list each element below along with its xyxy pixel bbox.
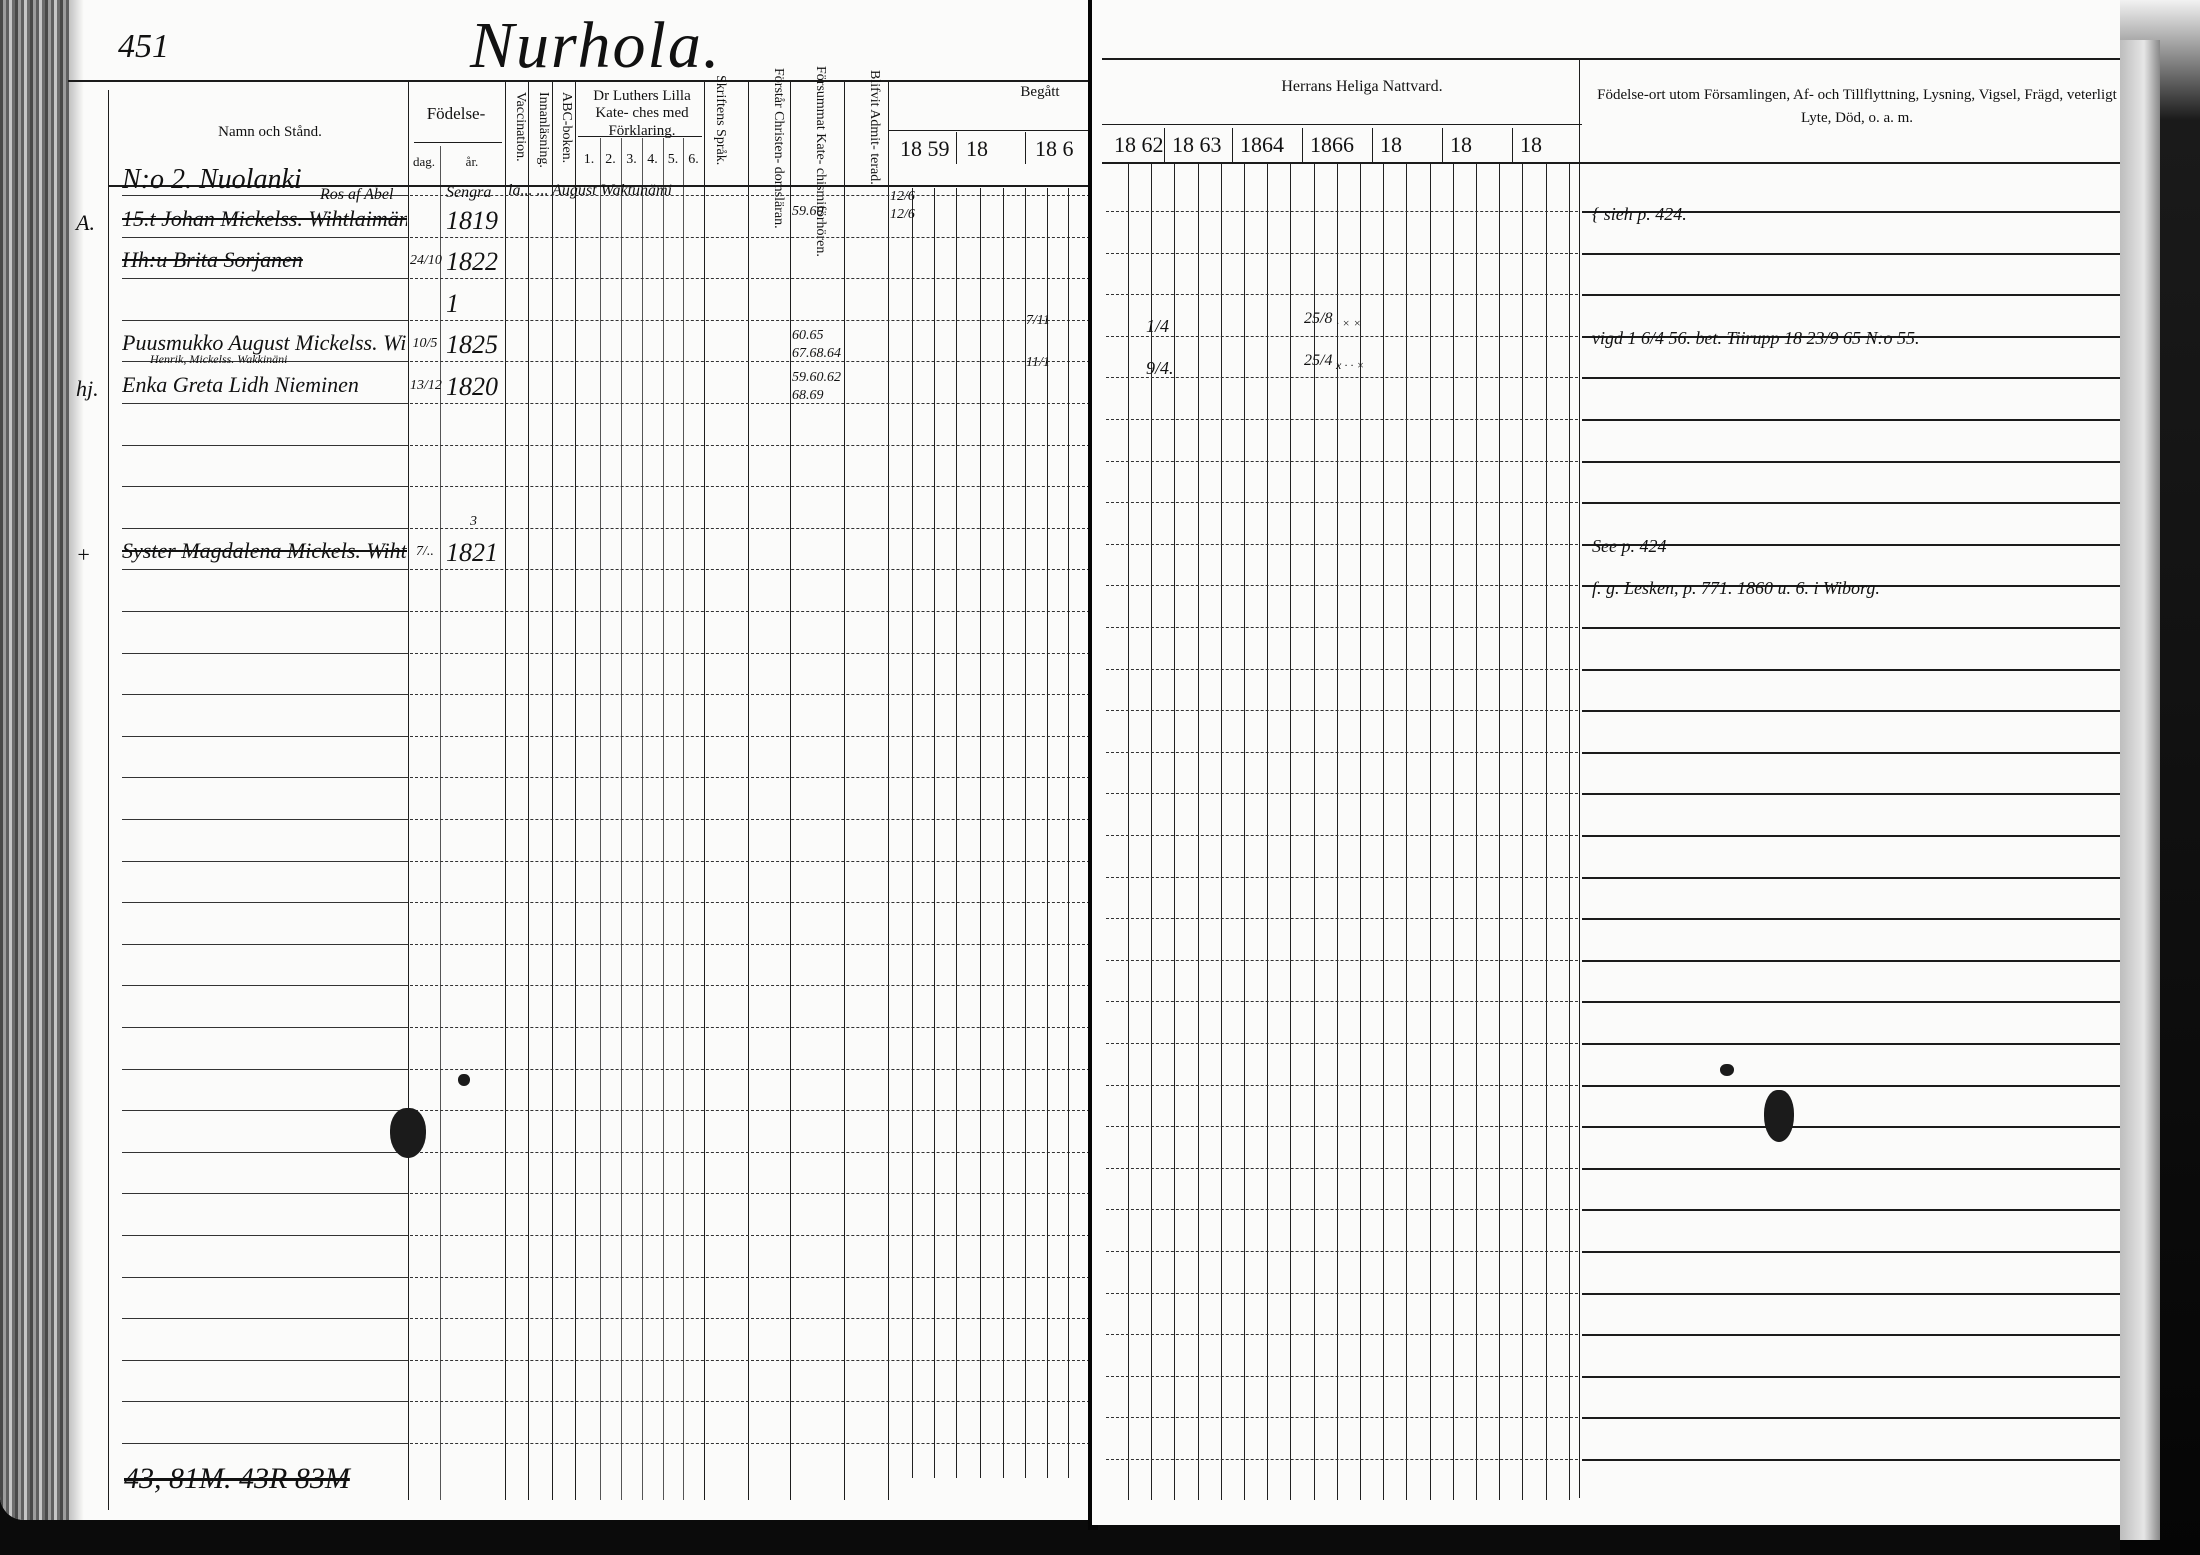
remarks-entry: vigd 1 6/4 56. bet. Tiirupp 18 23/9 65 N… bbox=[1592, 328, 1920, 349]
row-birth-day: 24/10 bbox=[410, 253, 440, 269]
row-rule-cells bbox=[410, 985, 1090, 986]
row-rule-cells bbox=[410, 320, 1090, 321]
row-rule-cells bbox=[1106, 1376, 1578, 1377]
row-rule-cells bbox=[1106, 211, 1578, 212]
header-sub-rule bbox=[414, 142, 502, 143]
col-rule bbox=[790, 82, 791, 1500]
header-top-rule bbox=[1102, 58, 2160, 60]
row-missed-years: 60.65 bbox=[792, 328, 824, 344]
catechism-part-3: 3. bbox=[621, 152, 642, 168]
communion-year-2: 1864 bbox=[1240, 132, 1284, 158]
row-rule-cells bbox=[1106, 1043, 1578, 1044]
communion-year-0: 18 62 bbox=[1114, 132, 1164, 158]
col-rule bbox=[1453, 164, 1454, 1500]
row-rule bbox=[122, 1110, 408, 1111]
communion-1862: 1/4 bbox=[1146, 316, 1169, 337]
row-rule-remarks bbox=[1582, 710, 2122, 712]
row-rule bbox=[122, 1401, 408, 1402]
col-rule bbox=[505, 82, 506, 1500]
row-sub-note: Henrik, Mickelss. Wakkinäni bbox=[150, 352, 288, 367]
row-rule-remarks bbox=[1582, 1209, 2122, 1211]
col-rule bbox=[1372, 128, 1373, 162]
row-rule-remarks bbox=[1582, 752, 2122, 754]
row-missed-years: 59.60 bbox=[792, 204, 824, 220]
header-year-186: 18 6 bbox=[1035, 136, 1074, 162]
col-rule bbox=[1476, 164, 1477, 1500]
row-name: N:o 2. Nuolanki bbox=[122, 164, 302, 196]
col-rule bbox=[1569, 164, 1570, 1500]
header-scripture: Skriftens Språk. bbox=[712, 70, 728, 170]
row-rule-remarks bbox=[1582, 1417, 2122, 1419]
row-missed-years: 68.69 bbox=[792, 388, 824, 404]
col-rule bbox=[1198, 164, 1199, 1500]
communion-1864: 25/8 bbox=[1304, 310, 1332, 328]
row-margin-mark: A. bbox=[76, 210, 95, 236]
row-birth-year: 1825 bbox=[446, 330, 498, 360]
row-rule-cells bbox=[1106, 752, 1578, 753]
page-number: 451 bbox=[118, 28, 169, 66]
col-rule bbox=[1442, 128, 1443, 162]
col-rule bbox=[1025, 188, 1026, 1478]
row-rule-cells bbox=[410, 1027, 1090, 1028]
row-rule bbox=[122, 1027, 408, 1028]
header-top-rule bbox=[68, 80, 1092, 82]
row-rule-remarks bbox=[1582, 1001, 2122, 1003]
book-edge-right bbox=[2120, 0, 2200, 1555]
row-missed-years: 59.60.62 bbox=[792, 370, 841, 386]
communion-year-6: 18 bbox=[1520, 132, 1542, 158]
col-rule bbox=[956, 188, 957, 1478]
row-rule-cells bbox=[1106, 793, 1578, 794]
col-rule bbox=[552, 82, 553, 1500]
row-rule bbox=[122, 320, 408, 321]
row-rule bbox=[122, 819, 408, 820]
row-rule-remarks bbox=[1582, 1293, 2122, 1295]
row-rule-cells bbox=[410, 361, 1090, 362]
row-rule bbox=[122, 1360, 408, 1361]
row-rule-cells bbox=[1106, 1085, 1578, 1086]
row-rule-cells bbox=[410, 819, 1090, 820]
row-rule-remarks bbox=[1582, 960, 2122, 962]
col-rule bbox=[934, 188, 935, 1478]
header-missed: Försummat Kate- chismiförhören. bbox=[792, 66, 828, 178]
right-page: Herrans Heliga Nattvard. 18 6218 6318641… bbox=[1092, 0, 2160, 1525]
header-name: Namn och Stånd. bbox=[150, 124, 390, 141]
header-birth: Födelse- bbox=[408, 104, 504, 124]
row-rule-remarks bbox=[1582, 1334, 2122, 1336]
row-birth-day: 7/.. bbox=[410, 544, 440, 560]
col-rule bbox=[1406, 164, 1407, 1500]
row-rule-remarks bbox=[1582, 669, 2122, 671]
row-rule bbox=[122, 278, 408, 279]
row-rule-cells bbox=[410, 694, 1090, 695]
communion-year-1: 18 63 bbox=[1172, 132, 1222, 158]
row-rule-cells bbox=[1106, 835, 1578, 836]
row-rule-remarks bbox=[1582, 461, 2122, 463]
ink-blot bbox=[1764, 1090, 1794, 1142]
row-rule-remarks bbox=[1582, 793, 2122, 795]
col-rule bbox=[1267, 164, 1268, 1500]
header-understands: Förstår Christen- domsläran. bbox=[750, 68, 786, 178]
row-rule-cells bbox=[1106, 377, 1578, 378]
row-birth-year: 1819 bbox=[446, 206, 498, 236]
row-rule-cells bbox=[1106, 1293, 1578, 1294]
col-rule bbox=[1302, 128, 1303, 162]
row-rule bbox=[122, 1277, 408, 1278]
row-birth-year: 1822 bbox=[446, 247, 498, 277]
row-rule-cells bbox=[410, 861, 1090, 862]
remarks-entry: f. g. Lesken, p. 771. 1860 u. 6. i Wibor… bbox=[1592, 578, 1880, 599]
row-rule-cells bbox=[1106, 1209, 1578, 1210]
row-rule-remarks bbox=[1582, 918, 2122, 920]
row-rule-cells bbox=[410, 1235, 1090, 1236]
row-rule bbox=[122, 237, 408, 238]
row-rule-remarks bbox=[1582, 627, 2122, 629]
remarks-entry: { sieh p. 424. bbox=[1592, 204, 1687, 225]
row-rule-cells bbox=[410, 1152, 1090, 1153]
row-rule-remarks bbox=[1582, 1085, 2122, 1087]
left-page: 451 Nurhola. Namn och Stånd. Födelse- da… bbox=[0, 0, 1092, 1520]
col-rule bbox=[1512, 128, 1513, 162]
row-rule-remarks bbox=[1582, 1168, 2122, 1170]
header-day: dag. bbox=[408, 155, 440, 170]
row-rule-cells bbox=[410, 1277, 1090, 1278]
row-above-year: 3 bbox=[470, 514, 477, 530]
row-rule-cells bbox=[410, 944, 1090, 945]
row-birth-year: 1821 bbox=[446, 538, 498, 568]
communion-year-4: 18 bbox=[1380, 132, 1402, 158]
col-rule bbox=[440, 146, 441, 1500]
row-rule-cells bbox=[410, 486, 1090, 487]
communion-year-3: 1866 bbox=[1310, 132, 1354, 158]
col-rule bbox=[956, 132, 957, 164]
row-rule-cells bbox=[410, 1193, 1090, 1194]
row-rule-cells bbox=[410, 1401, 1090, 1402]
footer-note: 43, 81M. 43R 83M bbox=[124, 1462, 350, 1496]
communion-mark: · × × bbox=[1336, 316, 1361, 331]
col-rule bbox=[704, 82, 705, 1500]
row-rule bbox=[122, 777, 408, 778]
col-rule bbox=[1221, 164, 1222, 1500]
row-rule bbox=[122, 569, 408, 570]
col-rule bbox=[1522, 164, 1523, 1500]
row-rule-cells bbox=[410, 653, 1090, 654]
parish-title: Nurhola. bbox=[470, 8, 721, 84]
row-rule-cells bbox=[1106, 1251, 1578, 1252]
row-rule-cells bbox=[410, 611, 1090, 612]
col-rule bbox=[1164, 128, 1165, 162]
header-remarks: Födelse-ort utom Församlingen, Af- och T… bbox=[1592, 84, 2122, 129]
header-sub-rule bbox=[1102, 124, 1582, 125]
ink-spot bbox=[1720, 1064, 1734, 1076]
row-rule-remarks bbox=[1582, 835, 2122, 837]
col-rule bbox=[575, 82, 576, 1500]
row-rule bbox=[122, 611, 408, 612]
col-rule bbox=[1025, 132, 1026, 164]
row-rule bbox=[122, 985, 408, 986]
book-binding-left bbox=[0, 0, 70, 1520]
row-margin-mark: hj. bbox=[76, 376, 99, 402]
row-rule-remarks bbox=[1582, 877, 2122, 879]
row-rule-cells bbox=[1106, 1001, 1578, 1002]
col-rule bbox=[1003, 188, 1004, 1478]
row-margin-mark: + bbox=[76, 542, 91, 568]
row-rule-remarks bbox=[1582, 1043, 2122, 1045]
row-rule-remarks bbox=[1582, 1126, 2122, 1128]
row-birth-day: 13/12 bbox=[410, 378, 440, 394]
row-rule-cells bbox=[1106, 960, 1578, 961]
catechism-part-2: 2. bbox=[600, 152, 621, 168]
communion-mark: x · · × bbox=[1336, 358, 1364, 373]
row-rule bbox=[122, 1443, 408, 1444]
row-rule-cells bbox=[410, 1069, 1090, 1070]
row-name: Syster Magdalena Mickels. Wihtlaimä bbox=[122, 538, 407, 564]
catechism-part-1: 1. bbox=[578, 152, 600, 168]
header-communion-received: Begått bbox=[1000, 84, 1080, 101]
row-rule-cells bbox=[1106, 627, 1578, 628]
row-rule-cells bbox=[410, 403, 1090, 404]
col-rule bbox=[748, 82, 749, 1500]
row-rule-remarks bbox=[1582, 1251, 2122, 1253]
row-rule-cells bbox=[1106, 669, 1578, 670]
col-rule bbox=[1047, 188, 1048, 1478]
row-rule-cells bbox=[1106, 1126, 1578, 1127]
row-rule bbox=[122, 1235, 408, 1236]
header-sub-rule bbox=[578, 136, 702, 137]
row-rule bbox=[122, 653, 408, 654]
col-rule bbox=[1430, 164, 1431, 1500]
row-rule-cells bbox=[410, 777, 1090, 778]
catechism-part-4: 4. bbox=[642, 152, 663, 168]
header-bottom-rule bbox=[1102, 162, 2122, 164]
ink-blot bbox=[390, 1108, 426, 1158]
col-rule bbox=[1290, 164, 1291, 1500]
row-reading-note: la... ... August Waktunämi bbox=[508, 182, 672, 200]
row-rule-cells bbox=[410, 528, 1090, 529]
communion-1862: 9/4. bbox=[1146, 358, 1174, 379]
col-rule bbox=[888, 82, 889, 1500]
col-rule bbox=[1068, 188, 1069, 1478]
row-rule-remarks bbox=[1582, 294, 2122, 296]
row-rule-cells bbox=[1106, 461, 1578, 462]
col-rule bbox=[1232, 128, 1233, 162]
header-abc: ABC-boken. bbox=[558, 92, 574, 162]
row-rule-cells bbox=[410, 1360, 1090, 1361]
header-communion: Herrans Heliga Nattvard. bbox=[1212, 78, 1512, 96]
col-rule bbox=[1499, 164, 1500, 1500]
row-rule bbox=[122, 486, 408, 487]
row-rule-cells bbox=[1106, 1334, 1578, 1335]
row-rule-cells bbox=[1106, 1417, 1578, 1418]
col-rule bbox=[1383, 164, 1384, 1500]
row-rule-cells bbox=[1106, 294, 1578, 295]
row-rule-remarks bbox=[1582, 1376, 2122, 1378]
row-birth-day: 10/5 bbox=[410, 336, 440, 352]
row-birth-year: 1820 bbox=[446, 372, 498, 402]
col-rule bbox=[980, 188, 981, 1478]
row-rule bbox=[122, 902, 408, 903]
col-rule bbox=[1244, 164, 1245, 1500]
row-rule bbox=[122, 861, 408, 862]
row-missed-years: 67.68.64 bbox=[792, 346, 841, 362]
row-admitted: 11/1 bbox=[1026, 354, 1046, 372]
row-rule-cells bbox=[1106, 877, 1578, 878]
row-rule-cells bbox=[1106, 419, 1578, 420]
header-year: år. bbox=[440, 155, 504, 170]
col-rule bbox=[844, 82, 845, 1500]
row-rule-cells bbox=[1106, 710, 1578, 711]
row-rule-cells bbox=[410, 237, 1090, 238]
col-rule bbox=[1128, 164, 1129, 1500]
row-rule-cells bbox=[410, 1443, 1090, 1444]
row-rule-remarks bbox=[1582, 1459, 2122, 1461]
row-rule bbox=[122, 445, 408, 446]
communion-1864: 25/4 bbox=[1304, 352, 1332, 370]
row-rule-cells bbox=[1106, 253, 1578, 254]
row-rule-cells bbox=[410, 1318, 1090, 1319]
row-rule-cells bbox=[410, 278, 1090, 279]
row-rule-cells bbox=[410, 445, 1090, 446]
row-rule bbox=[122, 1193, 408, 1194]
remarks-col-rule bbox=[1579, 58, 1580, 1498]
row-rule-remarks bbox=[1582, 419, 2122, 421]
row-name: 15.t Johan Mickelss. Wihtlaimän bbox=[122, 206, 407, 232]
row-rule-cells bbox=[1106, 918, 1578, 919]
row-rule bbox=[122, 1069, 408, 1070]
row-rule-cells bbox=[1106, 336, 1578, 337]
row-name: Hh:u Brita Sorjanen bbox=[122, 247, 303, 273]
row-rule bbox=[122, 1152, 408, 1153]
remarks-entry: See p. 424 bbox=[1592, 536, 1666, 557]
row-rule-cells bbox=[410, 736, 1090, 737]
row-rule bbox=[122, 694, 408, 695]
header-catechism: Dr Luthers Lilla Kate- ches med Förklari… bbox=[578, 88, 706, 140]
row-name: Enka Greta Lidh Nieminen bbox=[122, 372, 359, 398]
row-rule bbox=[122, 736, 408, 737]
header-reading: Innanläsning. bbox=[535, 92, 551, 162]
row-rule-cells bbox=[410, 902, 1090, 903]
header-year-1859: 18 59 bbox=[900, 136, 950, 162]
row-rule-cells bbox=[410, 569, 1090, 570]
header-vaccination: Vaccination. bbox=[512, 92, 528, 162]
row-rule bbox=[122, 403, 408, 404]
row-vaccination-note: Sengra bbox=[446, 184, 491, 202]
row-rule-cells bbox=[1106, 502, 1578, 503]
col-rule bbox=[408, 82, 409, 1500]
header-year-18a: 18 bbox=[966, 136, 988, 162]
row-rule-remarks bbox=[1582, 377, 2122, 379]
catechism-part-6: 6. bbox=[683, 152, 704, 168]
row-rule bbox=[122, 528, 408, 529]
catechism-part-5: 5. bbox=[663, 152, 683, 168]
row-admitted: 12/6 12/6 bbox=[890, 188, 910, 224]
communion-year-5: 18 bbox=[1450, 132, 1472, 158]
ink-spot bbox=[458, 1074, 470, 1086]
col-rule bbox=[1174, 164, 1175, 1500]
row-rule-cells bbox=[1106, 1459, 1578, 1460]
row-rule-cells bbox=[1106, 544, 1578, 545]
row-rule-cells bbox=[410, 1110, 1090, 1111]
row-birth-year: 1 bbox=[446, 289, 459, 319]
row-rule-remarks bbox=[1582, 502, 2122, 504]
row-rule-remarks bbox=[1582, 253, 2122, 255]
col-rule bbox=[528, 82, 529, 1500]
header-sub-rule bbox=[888, 130, 1088, 131]
row-rule-cells bbox=[1106, 1168, 1578, 1169]
col-rule bbox=[912, 188, 913, 1478]
row-rule bbox=[122, 944, 408, 945]
col-rule bbox=[1546, 164, 1547, 1500]
row-above-note: Ros af Abel bbox=[320, 186, 393, 204]
row-admitted: 7/11 bbox=[1026, 312, 1046, 330]
header-admitted: Blifvit Admit- terad. bbox=[852, 70, 882, 170]
row-rule-cells bbox=[1106, 585, 1578, 586]
margin-rule bbox=[108, 90, 109, 1510]
row-rule bbox=[122, 1318, 408, 1319]
